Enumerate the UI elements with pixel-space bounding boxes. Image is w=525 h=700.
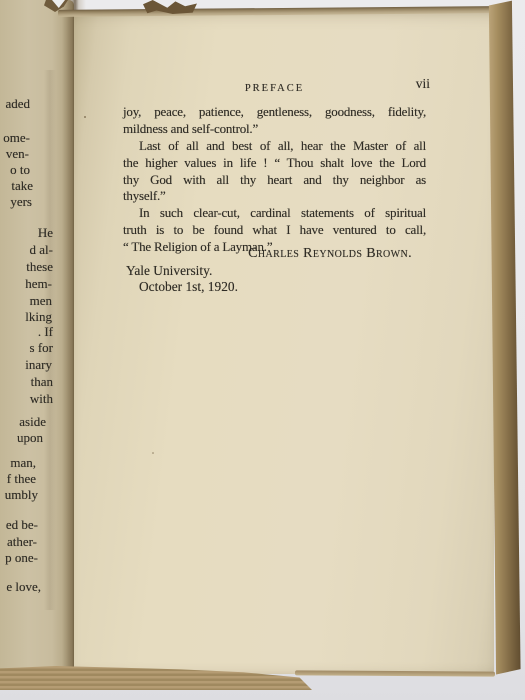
page-block-bottom-edge [295, 670, 495, 676]
body-text-line: mildness and self-control.” [123, 121, 426, 138]
paper-speck [152, 452, 154, 454]
body-text-line: thyself.” [123, 188, 426, 205]
left-page-text-fragment: aded [0, 97, 30, 111]
left-page-text-fragment: o to [0, 163, 30, 177]
left-page-text-fragment: men [0, 294, 52, 308]
left-page-text-fragment: d al- [0, 243, 53, 257]
left-page-text-fragment: yers [0, 195, 32, 209]
paper-speck [84, 116, 86, 118]
left-page-text-fragment: with [0, 392, 53, 406]
left-page-text-fragment: ven- [0, 147, 29, 161]
body-text-line: thy God with all thy heart and thy neigh… [123, 172, 426, 189]
left-page-text-fragment: man, [0, 456, 36, 470]
left-page-text-fragment: ome- [0, 131, 30, 145]
torn-paper-fragment [143, 0, 197, 14]
left-page-text-fragment: p one- [0, 551, 38, 565]
left-page-text-fragment: hem- [0, 277, 52, 291]
institution-line: Yale University. [126, 263, 212, 279]
author-signature: Charles Reynolds Brown. [123, 246, 426, 262]
date-line: October 1st, 1920. [139, 279, 238, 295]
left-page-text-fragment: these [0, 260, 53, 274]
left-page-text-fragment: . If [0, 325, 53, 339]
left-page-text-fragment: inary [0, 358, 52, 372]
book-photo: aded ome- ven- o to take yers He d al- t… [0, 0, 525, 700]
left-page-text-fragment: aside [0, 415, 46, 429]
body-text-line: joy, peace, patience, gentleness, goodne… [123, 104, 426, 121]
left-page-text-fragment: take [0, 179, 33, 193]
left-page-text-fragment: f thee [0, 472, 36, 486]
body-text-line: the higher values in life ! “ Thou shalt… [123, 155, 426, 172]
left-page-text-fragment: e love, [0, 580, 41, 594]
body-text-line: truth is to be found what I have venture… [123, 222, 426, 239]
body-text-line: Last of all and best of all, hear the Ma… [123, 138, 426, 155]
left-page-text-fragment: lking [0, 310, 52, 324]
left-page-text-fragment: He [0, 226, 53, 240]
left-page-text-fragment: ather- [0, 535, 37, 549]
page-header-title: PREFACE [123, 83, 426, 94]
page-number: vii [385, 76, 430, 92]
left-page-text-fragment: than [0, 375, 53, 389]
left-page-text-fragment: s for [0, 341, 53, 355]
body-text: joy, peace, patience, gentleness, goodne… [123, 104, 426, 256]
left-page-text-fragment: ed be- [0, 518, 38, 532]
left-page-text-fragment: upon [0, 431, 43, 445]
left-page-text-fragment: umbly [0, 488, 38, 502]
body-text-line: In such clear-cut, cardinal statements o… [123, 205, 426, 222]
